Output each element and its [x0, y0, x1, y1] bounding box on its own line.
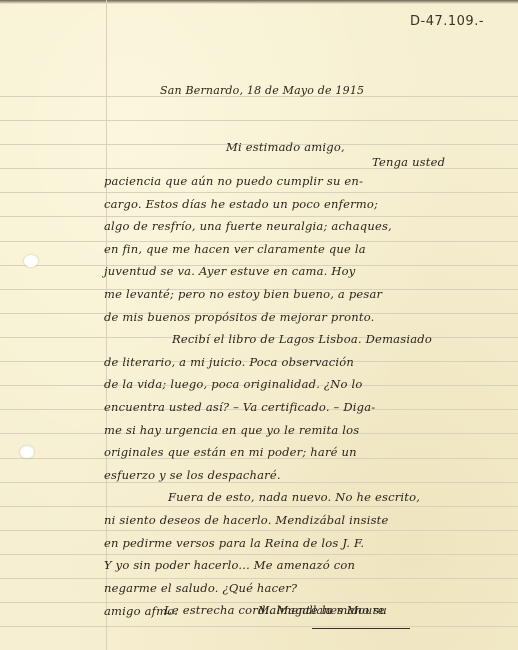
- salutation: Mi estimado amigo,: [226, 140, 345, 154]
- letter-line: juventud se va. Ayer estuve en cama. Hoy: [104, 264, 355, 278]
- letter-line: Recibí el libro de Lagos Lisboa. Demasia…: [172, 332, 432, 346]
- letter-line: me si hay urgencia en que yo le remita l…: [104, 423, 359, 437]
- ruled-line: [0, 626, 518, 627]
- margin-line: [106, 0, 107, 650]
- letter-line: Tenga usted: [372, 155, 445, 169]
- punch-hole-upper: [24, 255, 38, 267]
- signature: M. Magallanes Moure: [258, 604, 385, 617]
- archive-number: D-47.109.-: [410, 14, 484, 29]
- letter-page: D-47.109.- San Bernardo, 18 de Mayo de 1…: [0, 0, 518, 650]
- letter-line: esfuerzo y se los despacharé.: [104, 468, 281, 482]
- letter-line: encuentra usted así? – Va certificado. –…: [104, 400, 375, 414]
- letter-line: me levanté; pero no estoy bien bueno, a …: [104, 287, 382, 301]
- ruled-line: [0, 192, 518, 193]
- letter-line: en fin, que me hacen ver claramente que …: [104, 242, 366, 256]
- ruled-line: [0, 482, 518, 483]
- punch-hole-lower: [20, 446, 34, 458]
- letter-line: Y yo sin poder hacerlo... Me amenazó con: [104, 558, 355, 572]
- letter-line: cargo. Estos días he estado un poco enfe…: [104, 197, 378, 211]
- ruled-line: [0, 530, 518, 531]
- letter-line: de literario, a mi juicio. Poca observac…: [104, 355, 354, 369]
- ruled-line: [0, 216, 518, 217]
- letter-line: negarme el saludo. ¿Qué hacer?: [104, 581, 297, 595]
- ruled-line: [0, 578, 518, 579]
- ruled-line: [0, 506, 518, 507]
- ruled-line: [0, 554, 518, 555]
- letter-line: de la vida; luego, poca originalidad. ¿N…: [104, 377, 363, 391]
- letter-line: paciencia que aún no puedo cumplir su en…: [104, 174, 363, 188]
- letter-line: de mis buenos propósitos de mejorar pron…: [104, 310, 375, 324]
- scan-edge-shadow: [0, 0, 518, 4]
- signature-underline: [312, 628, 410, 629]
- letter-line: Fuera de esto, nada nuevo. No he escrito…: [168, 490, 420, 504]
- letter-line: en pedirme versos para la Reina de los J…: [104, 536, 364, 550]
- ruled-line: [0, 120, 518, 121]
- closing-amigo: amigo afmo.: [104, 604, 178, 618]
- letter-line: algo de resfrío, una fuerte neuralgia; a…: [104, 219, 392, 233]
- letter-line: originales que están en mi poder; haré u…: [104, 445, 357, 459]
- letter-line: ni siento deseos de hacerlo. Mendizábal …: [104, 513, 389, 527]
- dateline: San Bernardo, 18 de Mayo de 1915: [160, 84, 364, 97]
